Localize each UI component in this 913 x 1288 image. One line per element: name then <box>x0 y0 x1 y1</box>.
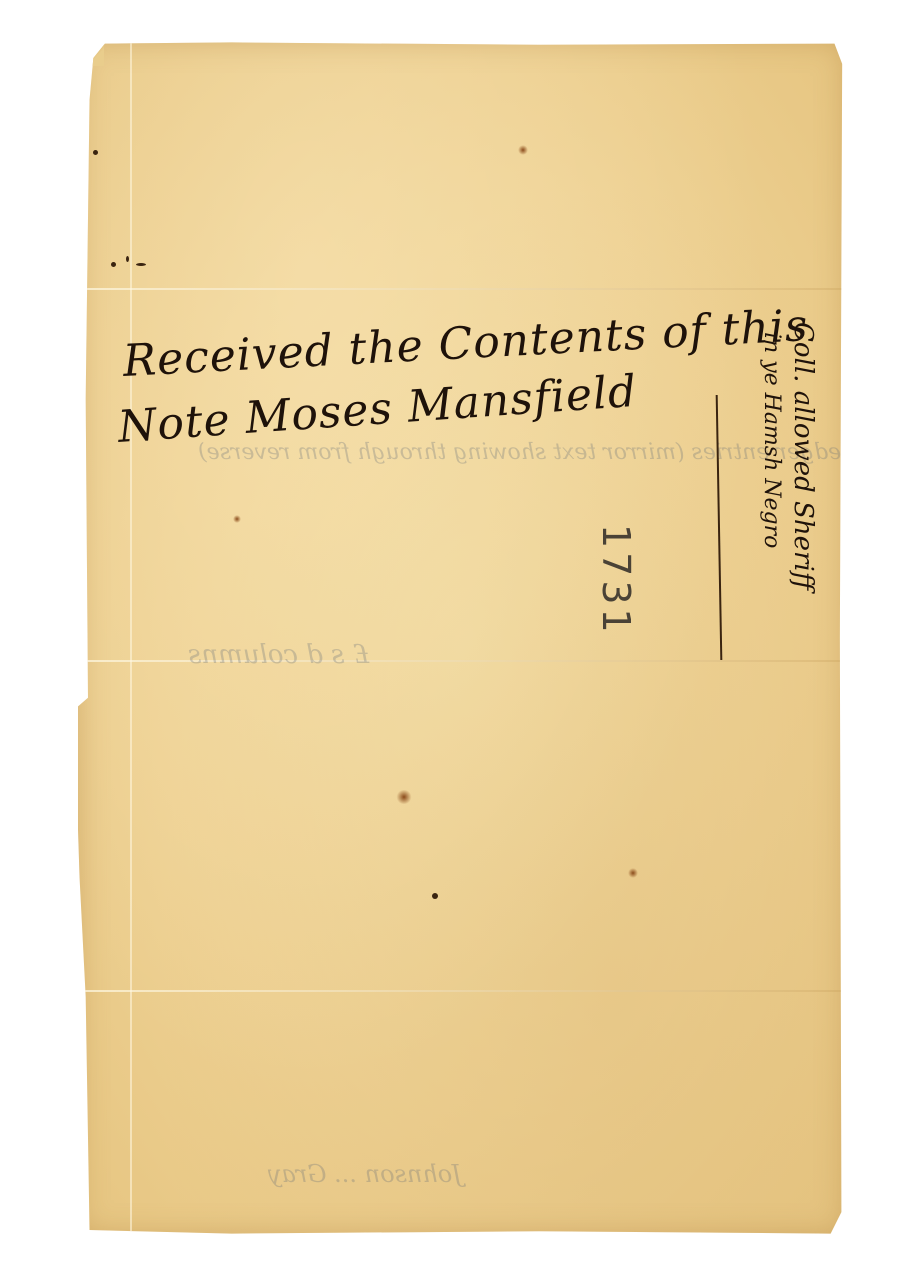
stain <box>518 145 528 155</box>
bleed-through-text: Johnson ... Gray <box>268 1160 462 1188</box>
ink-spot <box>126 256 129 262</box>
margin-note-line-2: in ye Hamsh Negro <box>759 332 784 548</box>
ink-spot <box>93 150 98 155</box>
bleed-through-text: £ s d columns <box>188 640 369 670</box>
ink-spot <box>432 893 438 899</box>
fold-crease <box>78 288 846 290</box>
margin-rule <box>716 395 723 660</box>
stain <box>233 515 241 523</box>
margin-note-line-1: Coll. allowed Sheriff <box>788 322 818 590</box>
receipt-line-1: Received the Contents of this <box>122 300 810 387</box>
ink-spot <box>111 262 116 267</box>
bleed-through-text: Ledger entries (mirror text showing thro… <box>198 440 856 465</box>
ink-spot <box>136 263 146 266</box>
ink-spot <box>80 248 84 253</box>
stain <box>396 790 412 804</box>
fold-crease <box>130 40 132 1236</box>
manuscript-page: Ledger entries (mirror text showing thro… <box>78 40 846 1236</box>
folded-corner <box>76 38 104 66</box>
stain <box>628 868 638 878</box>
fold-crease <box>78 990 846 992</box>
pencil-year-annotation: 1731 <box>594 524 638 637</box>
